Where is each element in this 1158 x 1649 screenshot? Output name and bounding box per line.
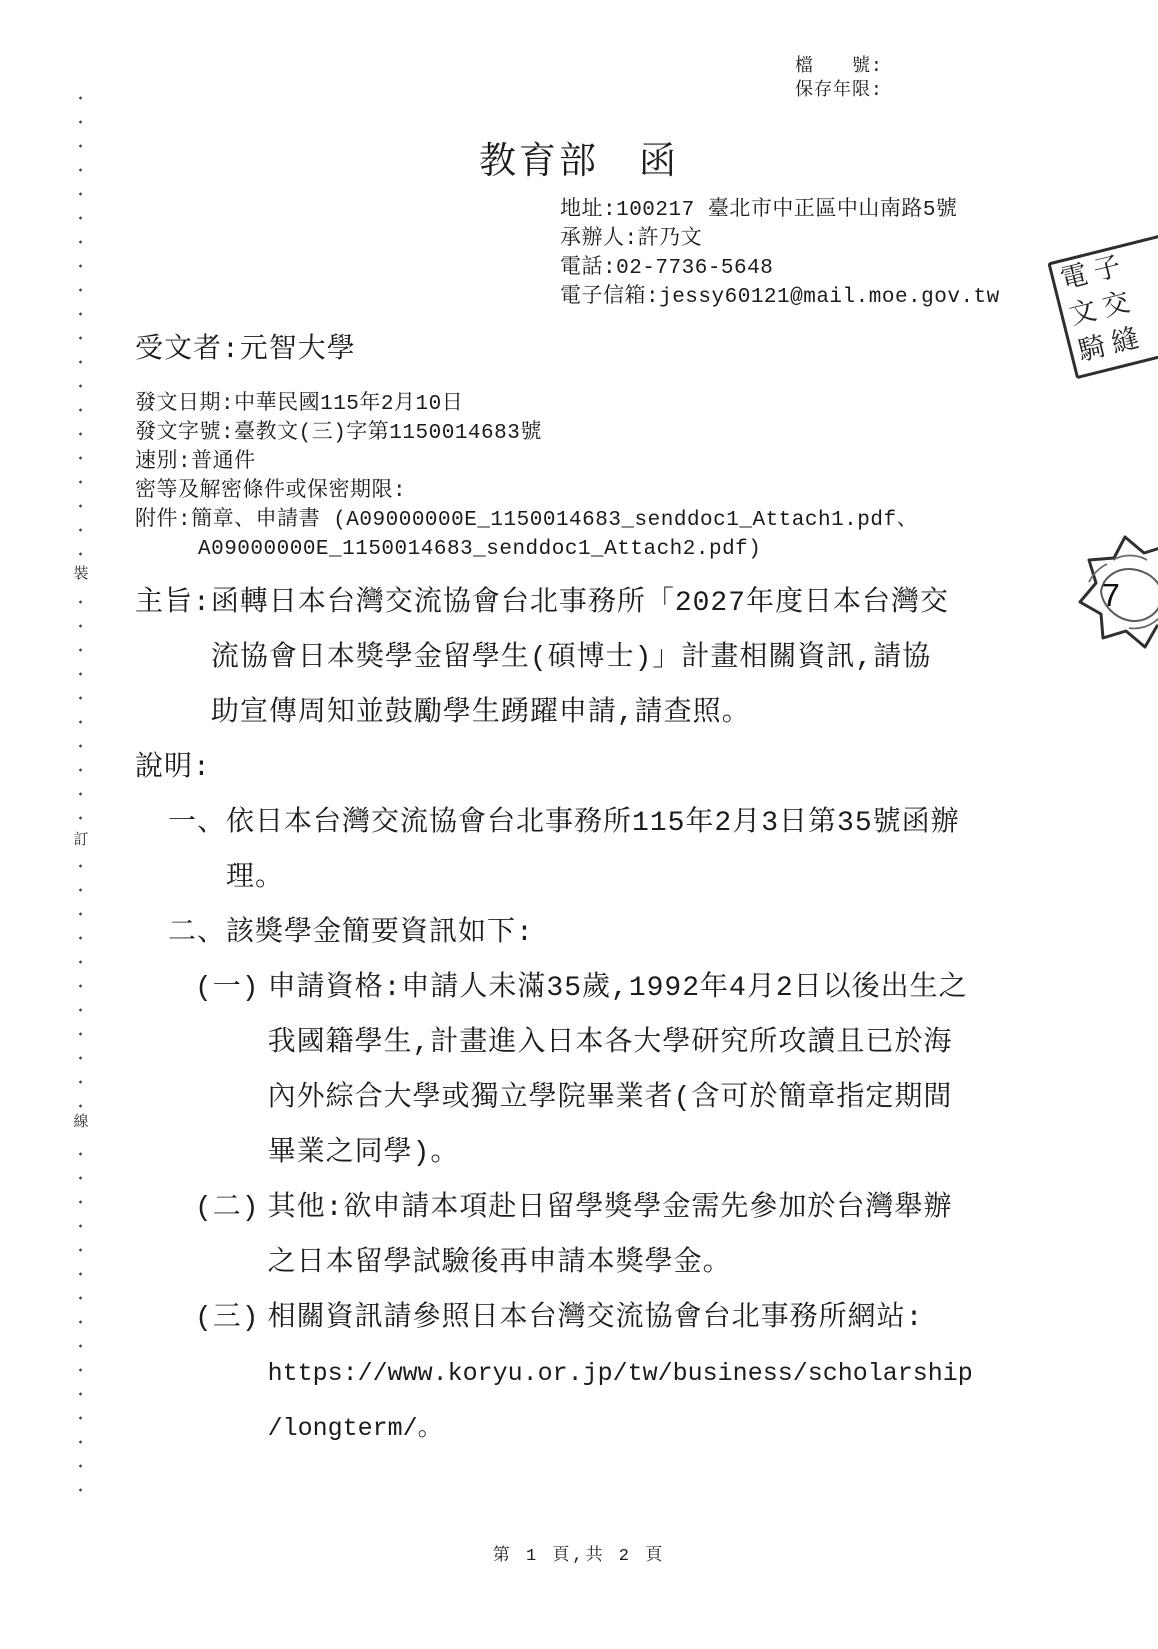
binding-mark-zhuang: 裝 — [71, 562, 91, 587]
explanation-item-2: 二、 該獎學金簡要資訊如下: — [168, 906, 1015, 961]
explanation-subitem-2: (二) 其他:欲申請本項赴日留學獎學金需先參加於台灣舉辦 之日本留學試驗後再申請… — [195, 1181, 1015, 1291]
scholarship-url-line: https://www.koryu.or.jp/tw/business/scho… — [268, 1346, 1015, 1401]
binding-dotted-line — [78, 86, 83, 1506]
item-line: 內外綜合大學或獨立學院畢業者(含可於簡章指定期間 — [268, 1071, 1015, 1126]
sender-phone: 電話:02-7736-5648 — [560, 254, 1000, 283]
retention-period-label: 保存年限: — [795, 79, 883, 103]
page-footer: 第 1 頁,共 2 頁 — [0, 1540, 1158, 1566]
document-body: 主旨: 函轉日本台灣交流協會台北事務所「2027年度日本台灣交 流協會日本獎學金… — [135, 576, 1015, 1456]
sender-address: 地址:100217 臺北市中正區中山南路5號 — [560, 196, 1000, 225]
item-label: 一、 — [168, 796, 226, 851]
document-page: 裝 訂 線 檔 號: 保存年限: 教育部 函 地址:100217 臺北市中正區中… — [0, 0, 1158, 1649]
item-line: 其他:欲申請本項赴日留學獎學金需先參加於台灣舉辦 — [268, 1181, 1015, 1236]
sender-email: 電子信箱:jessy60121@mail.moe.gov.tw — [560, 283, 1000, 312]
recipient-line: 受文者:元智大學 — [135, 326, 356, 366]
subject-line: 流協會日本獎學金留學生(碩博士)」計畫相關資訊,請協 — [211, 631, 1015, 686]
attachment-line: 附件:簡章、申請書 (A09000000E_1150014683_senddoc… — [135, 506, 918, 535]
subject-line: 助宣傳周知並鼓勵學生踴躍申請,請查照。 — [211, 686, 1015, 741]
attachment-line-continued: A09000000E_1150014683_senddoc1_Attach2.p… — [135, 535, 918, 564]
item-line: 我國籍學生,計畫進入日本各大學研究所攻讀且已於海 — [268, 1016, 1015, 1071]
issue-number-line: 發文字號:臺教文(三)字第1150014683號 — [135, 419, 918, 448]
electronic-exchange-stamp: 電子 文交 騎縫 — [1047, 233, 1158, 379]
sender-info-block: 地址:100217 臺北市中正區中山南路5號 承辦人:許乃文 電話:02-773… — [560, 196, 1000, 312]
star-stamp-number: 7 — [1101, 579, 1121, 616]
subject-label: 主旨: — [135, 576, 211, 631]
file-number-label: 檔 號: — [795, 55, 883, 79]
item-line: 理。 — [226, 851, 1015, 906]
metadata-block: 發文日期:中華民國115年2月10日 發文字號:臺教文(三)字第11500146… — [135, 390, 918, 564]
speed-class-line: 速別:普通件 — [135, 448, 918, 477]
item-label: (三) — [195, 1291, 268, 1346]
subject-line: 函轉日本台灣交流協會台北事務所「2027年度日本台灣交 — [211, 576, 1015, 631]
scholarship-url-line: /longterm/。 — [268, 1401, 1015, 1456]
star-seal-stamp: 7 — [1043, 530, 1158, 655]
binding-mark-xian: 線 — [71, 1110, 91, 1135]
binding-mark-ding: 訂 — [71, 828, 91, 853]
item-line: 申請資格:申請人未滿35歲,1992年4月2日以後出生之 — [268, 961, 1015, 1016]
item-line: 之日本留學試驗後再申請本獎學金。 — [268, 1236, 1015, 1291]
issue-date-line: 發文日期:中華民國115年2月10日 — [135, 390, 918, 419]
sender-contact-person: 承辦人:許乃文 — [560, 225, 1000, 254]
explanation-subitem-3: (三) 相關資訊請參照日本台灣交流協會台北事務所網站: https://www.… — [195, 1291, 1015, 1456]
item-label: 二、 — [168, 906, 226, 961]
item-line: 相關資訊請參照日本台灣交流協會台北事務所網站: — [268, 1291, 1015, 1346]
explanation-subitem-1: (一) 申請資格:申請人未滿35歲,1992年4月2日以後出生之 我國籍學生,計… — [195, 961, 1015, 1181]
document-title: 教育部 函 — [0, 130, 1158, 185]
item-line: 畢業之同學)。 — [268, 1126, 1015, 1181]
security-class-line: 密等及解密條件或保密期限: — [135, 477, 918, 506]
file-number-block: 檔 號: 保存年限: — [795, 55, 883, 103]
explanation-item-1: 一、 依日本台灣交流協會台北事務所115年2月3日第35號函辦 理。 — [168, 796, 1015, 906]
explanation-label: 說明: — [135, 741, 1015, 796]
item-label: (二) — [195, 1181, 268, 1236]
item-line: 依日本台灣交流協會台北事務所115年2月3日第35號函辦 — [226, 796, 1015, 851]
item-line: 該獎學金簡要資訊如下: — [226, 906, 1015, 961]
item-label: (一) — [195, 961, 268, 1016]
subject-block: 主旨: 函轉日本台灣交流協會台北事務所「2027年度日本台灣交 流協會日本獎學金… — [135, 576, 1015, 741]
